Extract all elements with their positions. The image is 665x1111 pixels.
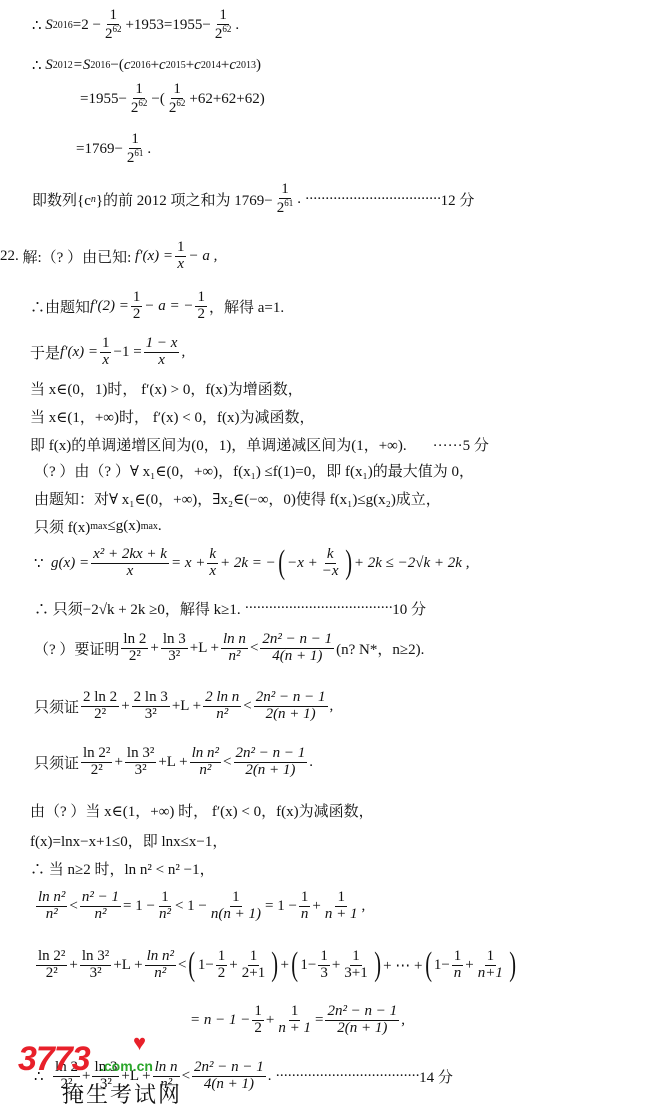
fraction: 2 ln 33² xyxy=(132,690,170,723)
question-number: 22. xyxy=(0,248,19,265)
q22-line12: （? ）要证明 ln 22²+ ln 33² +L + ln nn² < 2n²… xyxy=(34,632,424,665)
heart-icon: ♥ xyxy=(133,1030,146,1056)
fraction: 1n + 1 xyxy=(276,1004,313,1037)
math: f′(x) = xyxy=(135,248,173,265)
text: ∴ 只须−2√k + 2k ≥0，解得 k≥1. xyxy=(34,598,241,619)
fraction: 1n xyxy=(452,949,464,982)
fraction: 12 xyxy=(216,949,228,982)
leader-dots: ····································· xyxy=(244,600,392,617)
fraction: n² − 1n² xyxy=(80,890,121,923)
math: < 1 − xyxy=(175,898,207,915)
fraction: 1262 xyxy=(167,82,188,117)
q22-line1: 22. 解:（? ）由已知: f′(x) = 1x − a , xyxy=(0,240,217,273)
text: =1769− xyxy=(76,141,123,158)
fraction: 1n + 1 xyxy=(323,890,360,923)
text: −(c xyxy=(110,57,130,74)
score-label: ······5 分 xyxy=(433,434,489,455)
fraction: x² + 2kx + kx xyxy=(91,547,169,580)
because-symbol: ∵ xyxy=(34,554,44,573)
fraction: ln nn² xyxy=(221,632,248,665)
watermark-number: 3773 xyxy=(18,1040,90,1079)
fraction: 1n² xyxy=(157,890,173,923)
text: . xyxy=(235,17,239,34)
q22-line15: 由（? ）当 x∈(1，+∞) 时， f′(x) < 0，f(x)为减函数， xyxy=(30,800,374,821)
symbol: S xyxy=(45,17,53,34)
math: g(x) = xyxy=(51,555,89,572)
text: 即数列{c xyxy=(32,189,91,210)
text: . xyxy=(158,518,162,535)
equation-result: =1769− 1261 . xyxy=(76,132,151,167)
leader-dots: ···································· xyxy=(275,1068,419,1085)
fraction: 2n² − n − 14(n + 1) xyxy=(192,1060,266,1093)
q22-line18: ln n²n²< n² − 1n² = 1 − 1n² < 1 − 1n(n +… xyxy=(34,890,365,923)
fraction: ln 3²3² xyxy=(80,949,111,982)
q22-line9: 只须 f(x)max ≤g(x)max . xyxy=(34,516,162,537)
fraction: 1n xyxy=(299,890,311,923)
text: . xyxy=(297,191,301,208)
fraction: 1n(n + 1) xyxy=(209,890,263,923)
fraction: ln n²n² xyxy=(36,890,67,923)
fraction: 12+1 xyxy=(240,949,267,982)
fraction: 1x xyxy=(100,336,112,369)
numerator: 1 xyxy=(107,8,119,25)
fraction: ln n²n² xyxy=(145,949,176,982)
q22-line7: （? ）由（? ）∀ x₁∈(0，+∞)，f(x₁) ≤f(1)=0，即 f(x… xyxy=(34,460,474,481)
score-label: 10 分 xyxy=(392,598,426,619)
q22-line16: f(x)=lnx−x+1≤0，即 lnx≤x−1， xyxy=(30,830,227,851)
text: ≤g(x) xyxy=(107,518,140,535)
fraction: 2n² − n − 12(n + 1) xyxy=(325,1004,399,1037)
leader-dots: ·································· xyxy=(305,191,441,208)
math: + 2k = − xyxy=(220,555,276,572)
fraction: 1262 xyxy=(213,8,234,43)
math: +L + xyxy=(113,957,142,974)
therefore-symbol: ∴ xyxy=(32,56,42,75)
fraction: ln n²n² xyxy=(190,746,221,779)
math: f′(x) = xyxy=(60,344,98,361)
text: =2 − xyxy=(73,17,101,34)
text: . xyxy=(309,754,313,771)
fraction: 2n² − n − 14(n + 1) xyxy=(260,632,334,665)
q22-line8: 由题知：对∀ x₁∈(0，+∞)，∃x₂∈(−∞，0)使得 f(x₁)≤g(x₂… xyxy=(34,488,441,509)
text: . xyxy=(268,1068,272,1085)
denominator: 262 xyxy=(103,25,124,43)
therefore-symbol: ∴ xyxy=(32,16,42,35)
math: f′(2) = xyxy=(90,298,129,315)
math: < xyxy=(243,698,251,715)
fraction: kx xyxy=(207,547,218,580)
math: = 1 − xyxy=(123,898,155,915)
q22-line11: ∴ 只须−2√k + 2k ≥0，解得 k≥1. ···············… xyxy=(34,598,426,619)
watermark-chinese: 掩生考试网 xyxy=(62,1078,182,1109)
q22-line10: ∵ g(x) = x² + 2kx + kx = x + kx + 2k = −… xyxy=(34,546,469,580)
fraction: 1261 xyxy=(125,132,146,167)
math: < xyxy=(223,754,231,771)
text: 只须证 xyxy=(34,696,79,717)
q22-line2: ∴由题知 f′(2) = 12 − a = − 12 ，解得 a=1. xyxy=(30,290,284,323)
fraction: k−x xyxy=(320,547,341,580)
text: 只须 f(x) xyxy=(34,516,90,537)
equation-s2016: ∴ S2016 =2 − 1262 +1953=1955− 1262 . xyxy=(32,8,239,43)
text: 解:（? ）由已知: xyxy=(23,246,132,267)
fraction: ln 22² xyxy=(121,632,148,665)
text: }的前 2012 项之和为 1769− xyxy=(96,189,273,210)
fraction: 2 ln nn² xyxy=(203,690,241,723)
fraction: ln 2²2² xyxy=(36,949,67,982)
fraction: 12 xyxy=(131,290,143,323)
math: −x + xyxy=(287,555,318,572)
text: =1955− xyxy=(80,91,127,108)
text: , xyxy=(330,698,334,715)
q22-line20: = n − 1 − 12+ 1n + 1= 2n² − n − 12(n + 1… xyxy=(190,1004,405,1037)
fraction: 13+1 xyxy=(342,949,369,982)
equation-s2012: ∴ S2012 =S2016 −(c2016+c2015+c2014+c2013… xyxy=(32,56,261,75)
text: （? ）要证明 xyxy=(34,638,119,659)
equation-step: =1955− 1262 −( 1262 +62+62+62) xyxy=(80,82,265,117)
fraction: 1x xyxy=(175,240,187,273)
fraction: ln 3²3² xyxy=(125,746,156,779)
text: (n? N*，n≥2). xyxy=(336,638,424,659)
math: < xyxy=(250,640,258,657)
math: = 1 − xyxy=(265,898,297,915)
fraction: 2n² − n − 12(n + 1) xyxy=(234,746,308,779)
conclusion-line: 即数列{cn }的前 2012 项之和为 1769− 1261 . ······… xyxy=(32,182,474,217)
text: , xyxy=(401,1012,405,1029)
fraction: 2 ln 22² xyxy=(81,690,119,723)
math: − a , xyxy=(188,248,217,265)
text: . xyxy=(147,141,151,158)
fraction: 12 xyxy=(252,1004,264,1037)
text: ，解得 a=1. xyxy=(209,296,284,317)
math: − a = − xyxy=(144,298,193,315)
text: +1953=1955− xyxy=(125,17,210,34)
score-label: 12 分 xyxy=(441,189,475,210)
text: =S xyxy=(73,57,91,74)
math: = n − 1 − xyxy=(190,1012,250,1029)
math: +L + xyxy=(172,698,201,715)
math: = x + xyxy=(171,555,205,572)
score-label: 14 分 xyxy=(419,1066,453,1087)
fraction: 1262 xyxy=(103,8,124,43)
math: −1 = xyxy=(113,344,141,361)
fraction: ln 33² xyxy=(161,632,188,665)
q22-line14: 只须证 ln 2²2²+ ln 3²3² +L + ln n²n² < 2n² … xyxy=(34,746,313,779)
math: + ⋯ + xyxy=(383,956,422,975)
fraction: 2n² − n − 12(n + 1) xyxy=(254,690,328,723)
q22-line13: 只须证 2 ln 22²+ 2 ln 33² +L + 2 ln nn² < 2… xyxy=(34,690,333,723)
watermark-domain: .com.cn xyxy=(100,1058,153,1074)
fraction: ln 2²2² xyxy=(81,746,112,779)
math: +L + xyxy=(158,754,187,771)
fraction: 1n+1 xyxy=(476,949,505,982)
symbol: S xyxy=(45,57,53,74)
text: , xyxy=(362,898,366,915)
math: +L + xyxy=(190,640,219,657)
q22-line19: ln 2²2²+ ln 3²3² +L + ln n²n²< (1−12+12+… xyxy=(34,948,518,982)
math: + 2k ≤ −2√k + 2k , xyxy=(354,555,470,572)
text: , xyxy=(181,344,185,361)
fraction: 1262 xyxy=(129,82,150,117)
text: −( xyxy=(151,91,164,108)
q22-line3: 于是 f′(x) = 1x −1 = 1 − xx , xyxy=(30,336,185,369)
fraction: 13 xyxy=(318,949,330,982)
fraction: 1 − xx xyxy=(144,336,180,369)
text: 即 f(x)的单调递增区间为(0，1)，单调递减区间为(1，+∞). xyxy=(30,434,407,455)
text: +62+62+62) xyxy=(189,91,264,108)
text: 只须证 xyxy=(34,752,79,773)
text: ∴由题知 xyxy=(30,296,90,317)
q22-line4: 当 x∈(0，1)时， f′(x) > 0，f(x)为增函数， xyxy=(30,378,303,399)
fraction: 1261 xyxy=(275,182,296,217)
text: 于是 xyxy=(30,342,60,363)
q22-line17: ∴ 当 n≥2 时，ln n² < n² −1， xyxy=(30,858,215,879)
q22-line5: 当 x∈(1，+∞)时， f′(x) < 0，f(x)为减函数， xyxy=(30,406,314,427)
q22-line6: 即 f(x)的单调递增区间为(0，1)，单调递减区间为(1，+∞). ·····… xyxy=(30,434,489,455)
subscript: 2016 xyxy=(53,20,73,31)
fraction: 12 xyxy=(195,290,207,323)
